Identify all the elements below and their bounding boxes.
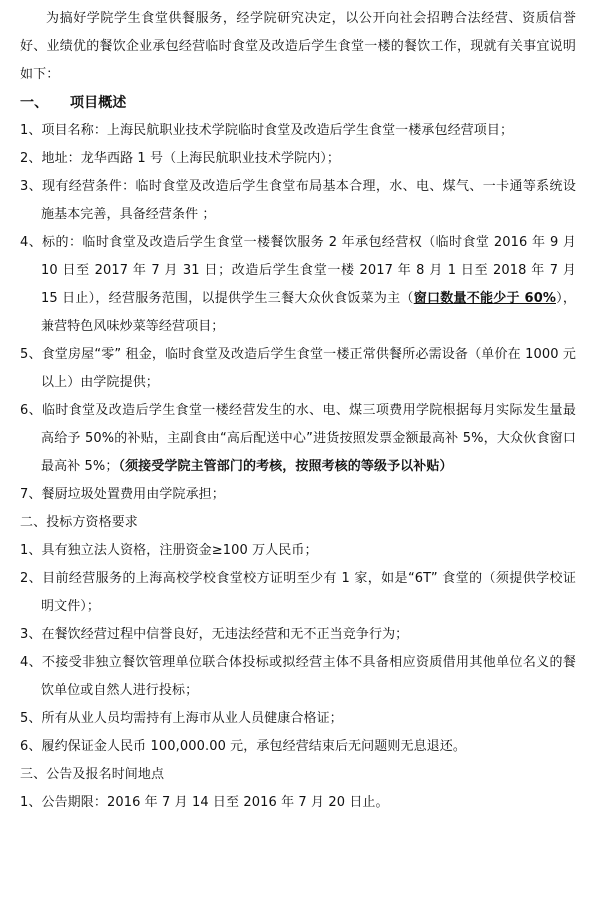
section-1-number: 一、 xyxy=(20,89,70,117)
section-3-heading: 三、公告及报名时间地点 xyxy=(20,761,576,789)
section-1-item-2: 2、地址：龙华西路 1 号（上海民航职业技术学院内）； xyxy=(20,145,576,173)
section-1-item-4: 4、标的：临时食堂及改造后学生食堂一楼餐饮服务 2 年承包经营权（临时食堂 20… xyxy=(20,229,576,341)
item-4-emphasis: 窗口数量不能少于 60% xyxy=(414,291,556,306)
item-6-emphasis: （须接受学院主管部门的考核，按照考核的等级予以补贴） xyxy=(118,459,452,474)
section-1-item-5: 5、食堂房屋“零” 租金，临时食堂及改造后学生食堂一楼正常供餐所必需设备（单价在… xyxy=(20,341,576,397)
section-1-item-6: 6、临时食堂及改造后学生食堂一楼经营发生的水、电、煤三项费用学院根据每月实际发生… xyxy=(20,397,576,481)
section-1-title: 项目概述 xyxy=(70,95,126,111)
section-2-item-6: 6、履约保证金人民币 100,000.00 元，承包经营结束后无问题则无息退还。 xyxy=(20,733,576,761)
section-1-item-1: 1、项目名称：上海民航职业技术学院临时食堂及改造后学生食堂一楼承包经营项目； xyxy=(20,117,576,145)
section-2-item-5: 5、所有从业人员均需持有上海市从业人员健康合格证； xyxy=(20,705,576,733)
section-1-item-7: 7、餐厨垃圾处置费用由学院承担； xyxy=(20,481,576,509)
section-1-heading: 一、项目概述 xyxy=(20,89,576,117)
section-2-item-2: 2、目前经营服务的上海高校学校食堂校方证明至少有 1 家，如是“6T” 食堂的（… xyxy=(20,565,576,621)
section-2-item-4: 4、不接受非独立餐饮管理单位联合体投标或拟经营主体不具备相应资质借用其他单位名义… xyxy=(20,649,576,705)
document-page: 为搞好学院学生食堂供餐服务，经学院研究决定，以公开向社会招聘合法经营、资质信誉好… xyxy=(20,5,576,817)
section-3-item-1: 1、公告期限：2016 年 7 月 14 日至 2016 年 7 月 20 日止… xyxy=(20,789,576,817)
section-2-item-1: 1、具有独立法人资格，注册资金≥100 万人民币； xyxy=(20,537,576,565)
section-2-heading: 二、投标方资格要求 xyxy=(20,509,576,537)
intro-paragraph: 为搞好学院学生食堂供餐服务，经学院研究决定，以公开向社会招聘合法经营、资质信誉好… xyxy=(20,5,576,89)
section-1-item-3: 3、现有经营条件：临时食堂及改造后学生食堂布局基本合理，水、电、煤气、一卡通等系… xyxy=(20,173,576,229)
section-2-item-3: 3、在餐饮经营过程中信誉良好，无违法经营和无不正当竞争行为； xyxy=(20,621,576,649)
